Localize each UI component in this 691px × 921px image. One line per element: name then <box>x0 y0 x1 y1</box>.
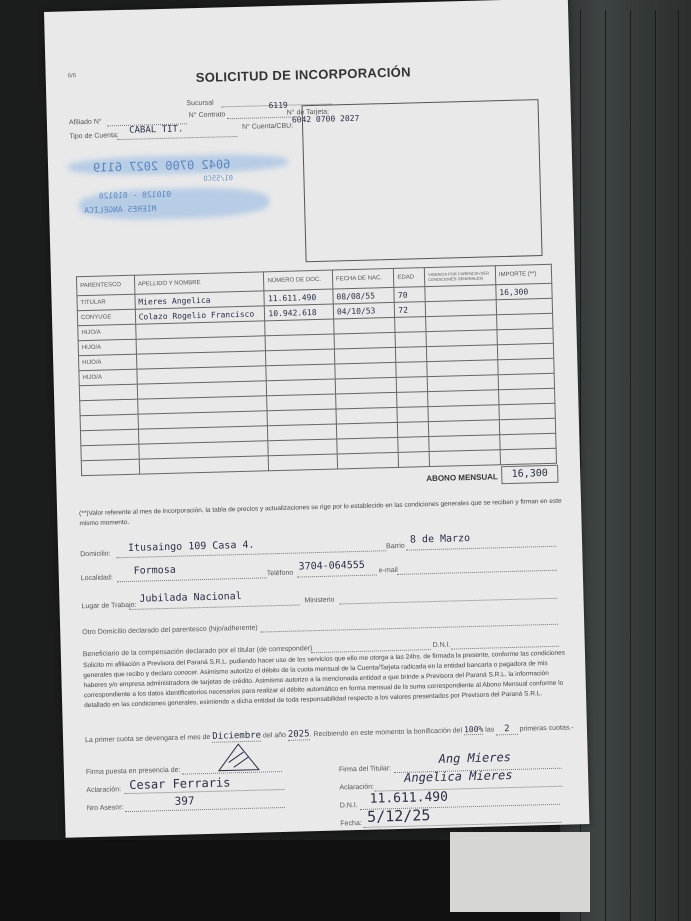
asesor-label: Nro Asesor: <box>87 804 124 812</box>
beneficiario-dni-label: D.N.I. <box>433 642 451 649</box>
asesor-value[interactable]: 397 <box>175 794 195 808</box>
application-form: 6/6 SOLICITUD DE INCORPORACIÓN Sucursal … <box>44 0 589 838</box>
table-cell[interactable] <box>498 388 555 404</box>
asesor-signature-scribble <box>213 742 264 775</box>
tipo-cuenta-label: Tipo de Cuenta: <box>69 132 119 140</box>
relationship-cell: HIJO/A <box>78 324 136 341</box>
underlying-sheets <box>450 832 590 912</box>
table-cell[interactable] <box>336 392 398 409</box>
table-cell[interactable] <box>336 407 398 424</box>
primer-cuota-line: La primer cuota se devengara el mes de D… <box>85 722 574 745</box>
column-header: PARENTESCO <box>76 275 134 296</box>
dni-titular-label: D.N.I. <box>340 802 358 809</box>
table-cell[interactable]: 04/10/53 <box>333 302 395 319</box>
relationship-cell <box>81 459 139 476</box>
relationship-cell <box>80 429 138 446</box>
table-cell[interactable] <box>496 313 553 329</box>
table-cell[interactable] <box>334 332 396 349</box>
form-title: SOLICITUD DE INCORPORACIÓN <box>196 64 411 85</box>
column-header: NÚMERO DE DOC. <box>264 270 333 291</box>
afiliado-label: Afiliado N° <box>69 119 102 127</box>
dni-titular-value[interactable]: 11.611.490 <box>370 790 449 807</box>
table-cell[interactable] <box>500 448 557 464</box>
aclaracion-asesor-label: Aclaración: <box>86 786 121 794</box>
ministerio-label: Ministerio <box>304 597 334 605</box>
fecha-value[interactable]: 5/12/25 <box>367 806 431 826</box>
relationship-cell: CONYUGE <box>77 309 135 326</box>
sucursal-label: Sucursal <box>186 100 213 108</box>
table-cell[interactable] <box>395 317 426 333</box>
firma-titular-label: Firma del Titular: <box>339 765 391 773</box>
fecha-label: Fecha: <box>340 820 362 828</box>
column-header: VIGENCIA POR CARENCIA (VER CONDICIONES G… <box>424 266 495 287</box>
table-cell[interactable] <box>334 347 396 364</box>
table-cell[interactable] <box>398 422 429 438</box>
page-number: 6/6 <box>68 73 76 79</box>
telefono-label: Teléfono <box>267 570 294 578</box>
table-cell[interactable] <box>337 452 399 469</box>
table-cell[interactable] <box>334 317 396 334</box>
presencia-label: Firma puesta en presencia de: <box>86 767 181 776</box>
table-cell[interactable] <box>496 298 553 314</box>
column-header: FECHA DE NAC. <box>332 268 394 289</box>
table-cell[interactable] <box>337 437 399 454</box>
table-cell[interactable] <box>429 450 500 467</box>
cuotas-value[interactable]: 2 <box>496 724 518 736</box>
table-cell[interactable] <box>499 418 556 434</box>
email-field[interactable] <box>397 570 557 575</box>
table-cell[interactable] <box>497 343 554 359</box>
table-cell[interactable] <box>395 332 426 348</box>
table-cell[interactable] <box>500 433 557 449</box>
relationship-cell <box>80 414 138 431</box>
telefono-value[interactable]: 3704-064555 <box>298 560 364 573</box>
family-members-table: PARENTESCOAPELLIDO Y NOMBRENÚMERO DE DOC… <box>76 264 557 476</box>
relationship-cell: HIJO/A <box>78 339 136 356</box>
aclaracion-asesor-value[interactable]: Cesar Ferraris <box>129 775 230 792</box>
table-cell[interactable] <box>399 452 430 468</box>
table-cell[interactable] <box>335 362 397 379</box>
relationship-cell <box>80 399 138 416</box>
legal-text: Solicito mi afiliación a Previsora del P… <box>83 649 569 712</box>
firma-titular[interactable]: Ang Mieres <box>439 750 512 766</box>
relationship-cell <box>81 444 139 461</box>
relationship-cell: TITULAR <box>77 294 135 311</box>
cuenta-label: N° Cuenta/CBU: <box>242 123 293 131</box>
table-cell[interactable] <box>335 377 397 394</box>
otro-domicilio-label: Otro Domicilio declarado del parentesco … <box>82 625 258 637</box>
column-header: IMPORTE (**) <box>495 264 552 284</box>
localidad-label: Localidad: <box>81 574 113 582</box>
table-cell[interactable]: 70 <box>394 287 425 303</box>
table-cell[interactable] <box>498 358 555 374</box>
table-cell[interactable]: 08/08/55 <box>333 287 395 304</box>
table-cell[interactable] <box>139 456 269 474</box>
ministerio-field[interactable] <box>340 598 558 605</box>
barrio-label: Barrio <box>386 543 405 550</box>
table-cell[interactable]: 72 <box>395 302 426 318</box>
relationship-cell: HIJO/A <box>79 354 137 371</box>
abono-mensual-label: ABONO MENSUAL <box>426 472 498 483</box>
aclaracion-titular-value[interactable]: Angelica Mieres <box>404 768 513 785</box>
card-imprint: 6042 0700 2027 6119 01/55CO 010120 - 010… <box>68 150 300 226</box>
trabajo-value[interactable]: Jubilada Nacional <box>139 591 242 605</box>
domicilio-label: Domicilio: <box>80 550 111 558</box>
table-cell[interactable] <box>336 422 398 439</box>
table-cell[interactable] <box>397 407 428 423</box>
table-cell[interactable] <box>498 373 555 389</box>
otro-domicilio-field[interactable] <box>260 624 558 633</box>
table-cell[interactable] <box>497 328 554 344</box>
price-note: (**)Valor referente al mes de incorporac… <box>79 497 564 530</box>
barrio-value[interactable]: 8 de Marzo <box>410 533 470 546</box>
relationship-cell <box>79 384 137 401</box>
aclaracion-titular-label: Aclaración: <box>339 784 374 792</box>
trabajo-label: Lugar de Trabajo: <box>81 602 136 610</box>
email-label: e-mail <box>379 567 398 574</box>
column-header: EDAD <box>394 268 425 288</box>
tarjeta-value[interactable]: 6119 <box>268 101 287 111</box>
table-cell[interactable] <box>396 362 427 378</box>
localidad-value[interactable]: Formosa <box>134 565 176 577</box>
table-cell[interactable] <box>499 403 556 419</box>
anio-value[interactable]: 2025 <box>288 729 310 741</box>
table-cell[interactable] <box>398 437 429 453</box>
photo-area <box>302 99 543 262</box>
abono-mensual-value[interactable]: 16,300 <box>501 465 558 484</box>
domicilio-value[interactable]: Itusaingo 109 Casa 4. <box>128 540 255 554</box>
relationship-cell: HIJO/A <box>79 369 137 386</box>
table-cell[interactable] <box>397 392 428 408</box>
contrato-label: N° Contrato <box>189 111 226 119</box>
tipo-cuenta-value[interactable]: CABAL TIT. <box>129 124 183 135</box>
table-cell[interactable]: 16,300 <box>496 283 553 299</box>
table-cell[interactable] <box>396 347 427 363</box>
table-cell[interactable] <box>269 454 338 471</box>
table-cell[interactable] <box>397 377 428 393</box>
bonificacion-value[interactable]: 100% <box>464 725 484 736</box>
